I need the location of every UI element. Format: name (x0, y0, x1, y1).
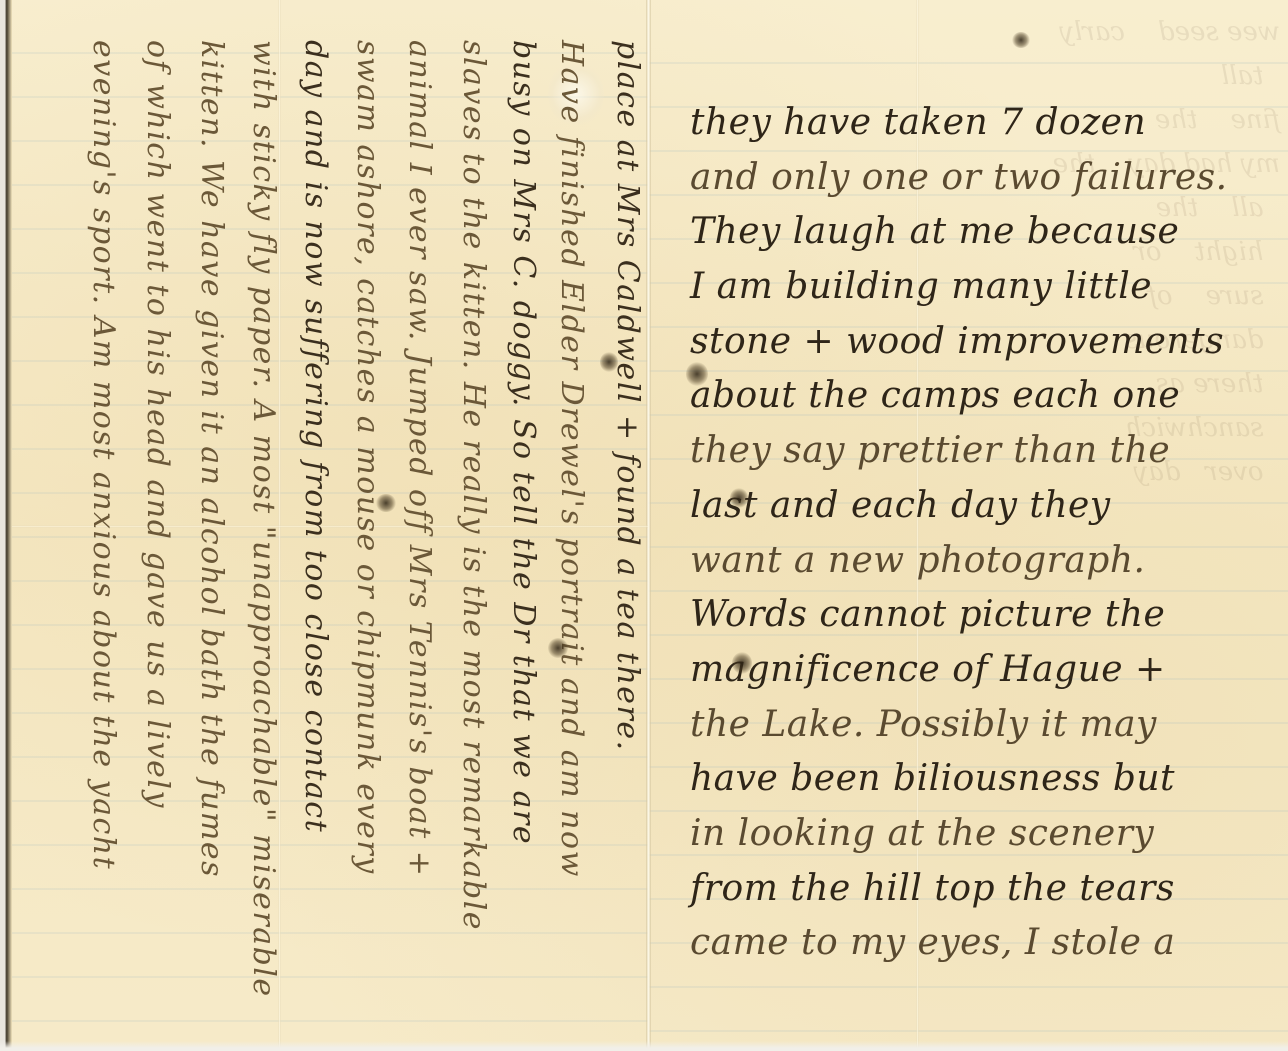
right-page: they have taken 7 dozen and only one or … (690, 96, 1280, 971)
left-column-text: with sticky fly paper. A most "unapproac… (246, 40, 280, 998)
left-column-text: Have finished Elder Drewel's portrait an… (554, 40, 588, 878)
letter-line: they have taken 7 dozen (690, 96, 1280, 151)
letter-line: magnificence of Hague + (690, 643, 1280, 698)
left-column: slaves to the kitten. He really is the m… (458, 0, 498, 1051)
letter-line: the Lake. Possibly it may (690, 698, 1280, 753)
left-column: of which went to his head and gave us a … (142, 0, 182, 1051)
left-column: busy on Mrs C. doggy. So tell the Dr tha… (508, 0, 548, 1051)
letter-line: about the camps each one (690, 369, 1280, 424)
left-column-text: of which went to his head and gave us a … (140, 40, 174, 809)
letter-line: and only one or two failures. (690, 151, 1280, 206)
ink-blot (1012, 32, 1030, 48)
letter-line: have been biliousness but (690, 752, 1280, 807)
letter-line: want a new photograph. (690, 534, 1280, 589)
left-column-text: day and is now suffering from too close … (298, 40, 332, 833)
letter-line: they say prettier than the (690, 424, 1280, 479)
left-column-text: busy on Mrs C. doggy. So tell the Dr tha… (506, 40, 540, 845)
letter-line: came to my eyes, I stole a (690, 916, 1280, 971)
letter-line: I am building many little (690, 260, 1280, 315)
left-column-text: kitten. We have given it an alcohol bath… (194, 40, 228, 878)
letter-line: last and each day they (690, 479, 1280, 534)
ink-blot (686, 362, 708, 386)
left-column: place at Mrs Caldwell + found a tea ther… (612, 0, 652, 1051)
left-column: animal I ever saw. Jumped off Mrs Tennis… (404, 0, 444, 1051)
scan-bottom-edge (0, 1041, 1288, 1051)
left-column: Have finished Elder Drewel's portrait an… (556, 0, 596, 1051)
left-column: with sticky fly paper. A most "unapproac… (248, 0, 288, 1051)
left-column-text: animal I ever saw. Jumped off Mrs Tennis… (402, 40, 436, 877)
ink-blot (600, 352, 618, 372)
left-column-text: slaves to the kitten. He really is the m… (456, 40, 490, 931)
left-column-text: swam ashore, catches a mouse or chipmunk… (350, 40, 384, 875)
letter-line: from the hill top the tears (690, 862, 1280, 917)
letter-scan: wee seed carly tall fine the my had day … (0, 0, 1288, 1051)
left-column: swam ashore, catches a mouse or chipmunk… (352, 0, 392, 1051)
left-column: evening's sport. Am most anxious about t… (88, 0, 128, 1051)
ink-blot (730, 488, 748, 508)
letter-line: in looking at the scenery (690, 807, 1280, 862)
letter-line: stone + wood improvements (690, 315, 1280, 370)
letter-line: They laugh at me because (690, 205, 1280, 260)
letter-line: Words cannot picture the (690, 588, 1280, 643)
ink-blot (732, 652, 752, 674)
ink-blot (548, 638, 568, 658)
left-column-text: evening's sport. Am most anxious about t… (86, 40, 120, 870)
left-column: kitten. We have given it an alcohol bath… (196, 0, 236, 1051)
scan-left-edge (0, 0, 12, 1051)
left-column: day and is now suffering from too close … (300, 0, 340, 1051)
left-column-text: place at Mrs Caldwell + found a tea ther… (610, 40, 644, 752)
ink-blot (376, 494, 396, 512)
left-page: place at Mrs Caldwell + found a tea ther… (0, 0, 648, 1051)
